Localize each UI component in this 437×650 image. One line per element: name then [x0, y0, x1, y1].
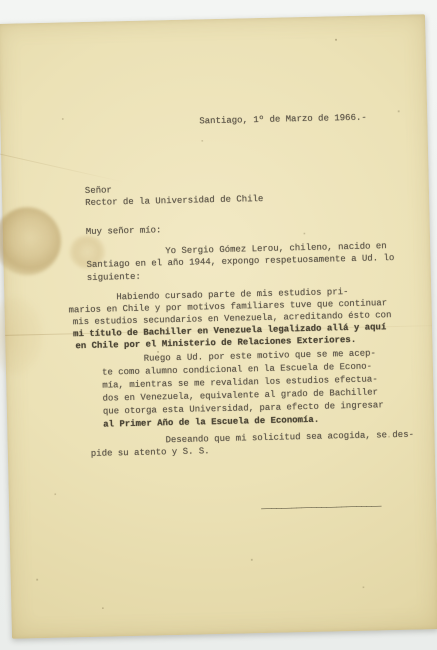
- letter-paper: Santiago, 1º de Marzo de 1966.- Señor Re…: [0, 14, 437, 639]
- signature-line: ________________________: [261, 498, 381, 512]
- salutation-line: Muy señor mío:: [86, 225, 162, 238]
- coffee-stain-large: [0, 207, 62, 277]
- diagonal-crease: [0, 152, 139, 186]
- letter-line: Santiago en el año 1944, expongo respetu…: [86, 253, 394, 271]
- recipient-line: Señor: [85, 185, 112, 197]
- closing-line: Deseando que mi solicitud sea acogida, s…: [165, 430, 414, 447]
- date-line: Santiago, 1º de Marzo de 1966.-: [199, 113, 367, 128]
- closing-line: pide su atento y S. S.: [91, 446, 210, 460]
- letter-line: al Primer Año de la Escuela de Economía.: [103, 415, 319, 431]
- letter-line: siguiente:: [87, 272, 141, 284]
